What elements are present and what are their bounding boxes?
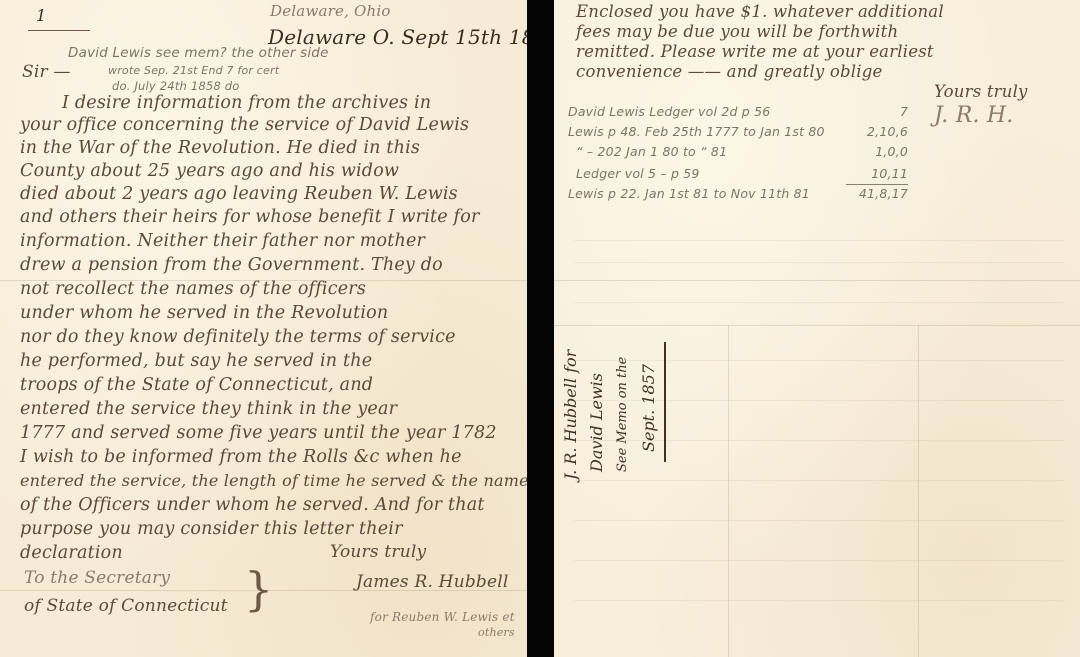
ledger-description: “ – 202 Jan 1 80 to “ 81	[576, 144, 727, 159]
body-line: Enclosed you have $1. whatever additiona…	[576, 2, 944, 21]
body-line: information. Neither their father nor mo…	[20, 230, 425, 252]
body-line: convenience —— and greatly oblige	[576, 62, 882, 81]
body-line: your office concerning the service of Da…	[20, 114, 469, 136]
bleed-through-line	[574, 520, 1064, 521]
ledger-row: Lewis p 48. Feb 25th 1777 to Jan 1st 80 …	[568, 124, 908, 144]
docket-line: J. R. Hubbell for	[558, 350, 584, 480]
body-line: remitted. Please write me at your earlie…	[576, 42, 934, 61]
body-line: of the Officers under whom he served. An…	[20, 494, 485, 516]
body-line: 1777 and served some five years until th…	[20, 422, 497, 444]
fold-line	[554, 280, 1080, 281]
ledger-row: Lewis p 22. Jan 1st 81 to Nov 11th 81 41…	[568, 186, 908, 206]
brace-mark: }	[244, 566, 273, 612]
bleed-through-line	[574, 560, 1064, 561]
ledger-amount: 1,0,0	[848, 144, 908, 159]
body-line: under whom he served in the Revolution	[20, 302, 388, 324]
docket-line: David Lewis	[584, 342, 610, 472]
body-line: died about 2 years ago leaving Reuben W.…	[20, 183, 458, 205]
body-line: entered the service, the length of time …	[20, 470, 527, 492]
signature-note: for Reuben W. Lewis et	[370, 610, 515, 624]
letter-page-right: Enclosed you have $1. whatever additiona…	[554, 0, 1080, 657]
signature-note: others	[478, 626, 515, 639]
fold-line	[728, 325, 729, 657]
addressee-line: To the Secretary	[24, 568, 170, 588]
signature: James R. Hubbell	[356, 572, 509, 592]
closing: Yours truly	[330, 542, 426, 562]
ledger-amount: 41,8,17	[848, 186, 908, 201]
ledger-amount: 7	[848, 104, 908, 119]
page-number-underline	[28, 30, 90, 31]
ledger-description: Lewis p 48. Feb 25th 1777 to Jan 1st 80	[568, 124, 825, 139]
letter-page-left: 1 Delaware, Ohio Delaware O. Sept 15th 1…	[0, 0, 527, 657]
place-annotation: Delaware, Ohio	[270, 2, 391, 20]
bleed-through-line	[574, 302, 1064, 303]
addressee-line: of State of Connecticut	[24, 596, 228, 616]
ledger-amount: 2,10,6	[848, 124, 908, 139]
ledger-description: Ledger vol 5 – p 59	[576, 166, 700, 181]
margin-note: do. July 24th 1858 do	[112, 79, 240, 93]
body-line: troops of the State of Connecticut, and	[20, 374, 373, 396]
bleed-through-line	[574, 262, 1064, 263]
sum-rule	[846, 184, 908, 185]
document-viewer: 1 Delaware, Ohio Delaware O. Sept 15th 1…	[0, 0, 1080, 657]
bleed-through-line	[574, 240, 1064, 241]
bleed-through-line	[574, 600, 1064, 601]
ledger-notes: David Lewis Ledger vol 2d p 56 7 Lewis p…	[554, 104, 914, 214]
page-number: 1	[36, 6, 46, 25]
body-line: in the War of the Revolution. He died in…	[20, 137, 420, 159]
ledger-description: Lewis p 22. Jan 1st 81 to Nov 11th 81	[568, 186, 810, 201]
body-line: County about 25 years ago and his widow	[20, 160, 399, 182]
body-line: fees may be due you will be forthwith	[576, 22, 898, 41]
body-line: I wish to be informed from the Rolls &c …	[20, 446, 462, 468]
body-line: and others their heirs for whose benefit…	[20, 206, 480, 228]
ledger-description: David Lewis Ledger vol 2d p 56	[568, 104, 770, 119]
fold-line	[918, 325, 919, 657]
body-line: not recollect the names of the officers	[20, 278, 366, 300]
body-line: nor do they know definitely the terms of…	[20, 326, 456, 348]
body-line: purpose you may consider this letter the…	[20, 518, 403, 540]
initials: J. R. H.	[934, 103, 1013, 128]
bleed-through-line	[574, 480, 1064, 481]
margin-note: David Lewis see mem? the other side	[68, 45, 329, 61]
fold-line	[554, 325, 1080, 326]
docket-line: See Memo on the	[610, 342, 636, 472]
docket-underline	[664, 342, 666, 462]
docket-note: J. R. Hubbell for David Lewis See Memo o…	[558, 350, 662, 480]
salutation: Sir —	[22, 62, 71, 82]
ledger-row: Ledger vol 5 – p 59 10,11	[576, 166, 908, 186]
ledger-row: “ – 202 Jan 1 80 to “ 81 1,0,0	[576, 144, 908, 164]
body-line: drew a pension from the Government. They…	[20, 254, 443, 276]
body-line: I desire information from the archives i…	[62, 92, 431, 114]
docket-line: Sept. 1857	[636, 322, 662, 452]
body-line: declaration	[20, 542, 123, 564]
ledger-amount: 10,11	[848, 166, 908, 181]
body-line: entered the service they think in the ye…	[20, 398, 397, 420]
margin-note: wrote Sep. 21st End 7 for cert	[108, 64, 279, 77]
closing: Yours truly	[934, 82, 1028, 101]
body-line: he performed, but say he served in the	[20, 350, 372, 372]
ledger-row: David Lewis Ledger vol 2d p 56 7	[568, 104, 908, 124]
